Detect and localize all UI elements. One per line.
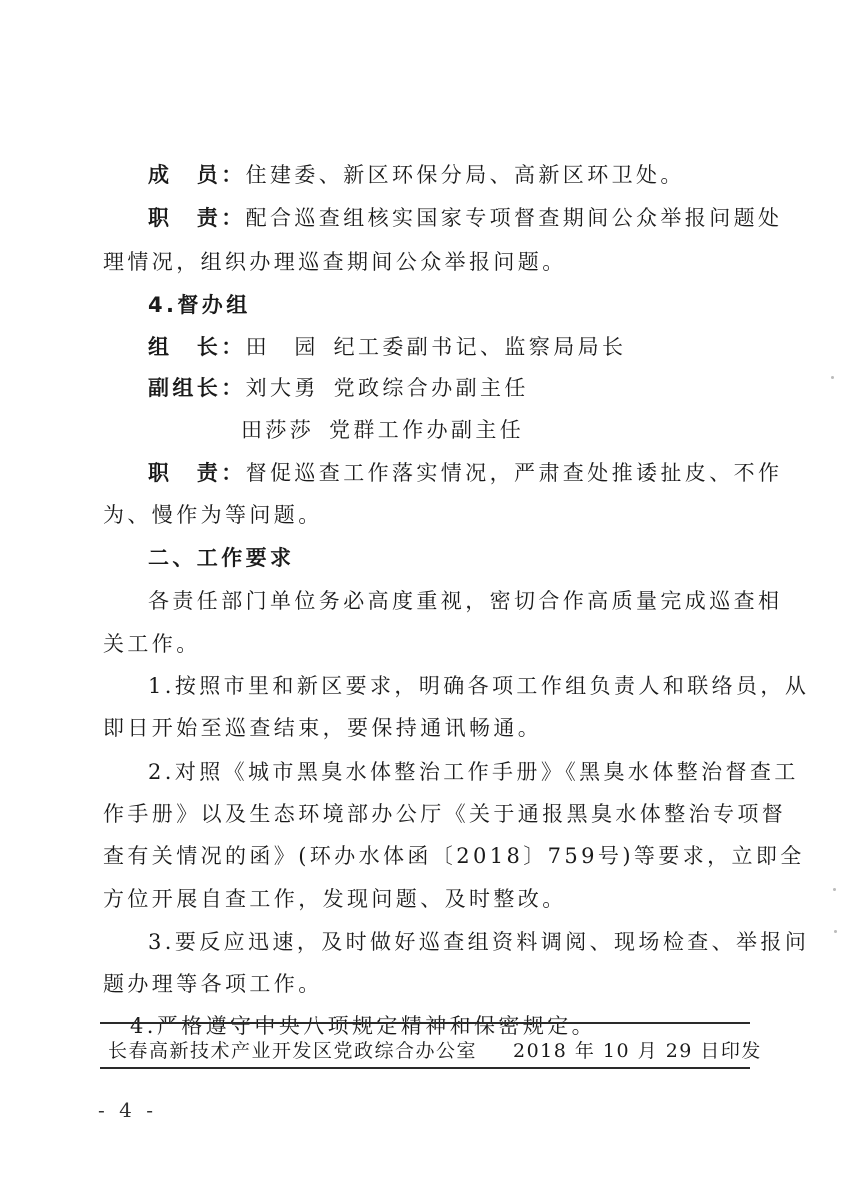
leader-title: 纪工委副书记、监察局局长 xyxy=(334,335,627,359)
requirement-3-line2: 题办理等各项工作。 xyxy=(103,972,323,996)
document-page: 成 员：住建委、新区环保分局、高新区环卫处。 职 责：配合巡查组核实国家专项督查… xyxy=(0,0,850,1198)
deputy-name-1: 刘大勇 xyxy=(246,376,334,400)
duties-text-line2: 理情况，组织办理巡查期间公众举报问题。 xyxy=(103,250,567,274)
scan-speck xyxy=(834,930,837,933)
group4-deputy-row-2: 田莎莎党群工作办副主任 xyxy=(241,418,524,442)
section2-intro-line2: 关工作。 xyxy=(103,632,201,656)
footer-bottom-rule xyxy=(100,1067,750,1069)
requirement-2-line4: 方位开展自查工作，发现问题、及时整改。 xyxy=(103,887,567,911)
scan-speck xyxy=(833,888,836,891)
scan-speck xyxy=(831,376,834,379)
group4-duties-label: 职 责： xyxy=(148,461,246,485)
group4-duties-line1: 督促巡查工作落实情况，严肃查处推诿扯皮、不作 xyxy=(246,461,783,485)
duties-label: 职 责： xyxy=(148,206,246,230)
requirement-4-line1: 4.严格遵守中央八项规定精神和保密规定。 xyxy=(130,1014,596,1038)
footer-date: 2018 年 10 月 29 日印发 xyxy=(513,1040,762,1062)
group4-duties-line2: 为、慢作为等问题。 xyxy=(103,503,323,527)
requirement-2-line2: 作手册》以及生态环境部办公厅《关于通报黑臭水体整治专项督 xyxy=(103,802,786,826)
section2-heading: 二、工作要求 xyxy=(148,546,294,570)
requirement-2-line3: 查有关情况的函》(环办水体函〔2018〕759号)等要求，立即全 xyxy=(103,844,805,868)
leader-label: 组 长： xyxy=(148,335,246,359)
members-text: 住建委、新区环保分局、高新区环卫处。 xyxy=(246,163,685,187)
page-number: - 4 - xyxy=(98,1098,157,1122)
requirement-3-line1: 3.要反应迅速，及时做好巡查组资料调阅、现场检查、举报问 xyxy=(148,930,809,954)
group4-deputy-row-1: 副组长：刘大勇党政综合办副主任 xyxy=(148,376,529,400)
deputy-title-2: 党群工作办副主任 xyxy=(329,418,524,442)
deputy-label: 副组长： xyxy=(148,376,246,400)
deputy-title-1: 党政综合办副主任 xyxy=(334,376,529,400)
members-label: 成 员： xyxy=(148,163,246,187)
members-row: 成 员：住建委、新区环保分局、高新区环卫处。 xyxy=(148,163,685,187)
requirement-1-line2: 即日开始至巡查结束，要保持通讯畅通。 xyxy=(103,716,542,740)
leader-name: 田 园 xyxy=(246,335,334,359)
duties-text-line1: 配合巡查组核实国家专项督查期间公众举报问题处 xyxy=(246,206,783,230)
requirement-2-line1: 2.对照《城市黑臭水体整治工作手册》《黑臭水体整治督查工 xyxy=(148,760,799,784)
footer-top-rule xyxy=(100,1022,750,1024)
requirement-1-line1: 1.按照市里和新区要求，明确各项工作组负责人和联络员，从 xyxy=(148,674,809,698)
group4-leader-row: 组 长：田 园纪工委副书记、监察局局长 xyxy=(148,335,626,359)
section2-intro-line1: 各责任部门单位务必高度重视，密切合作高质量完成巡查相 xyxy=(148,589,782,613)
deputy-name-2: 田莎莎 xyxy=(241,418,329,442)
group4-duties-row: 职 责：督促巡查工作落实情况，严肃查处推诿扯皮、不作 xyxy=(148,461,782,485)
group4-heading: 4.督办组 xyxy=(148,293,251,317)
footer-issuer: 长春高新技术产业开发区党政综合办公室 xyxy=(108,1040,477,1062)
duties-row-1: 职 责：配合巡查组核实国家专项督查期间公众举报问题处 xyxy=(148,206,782,230)
